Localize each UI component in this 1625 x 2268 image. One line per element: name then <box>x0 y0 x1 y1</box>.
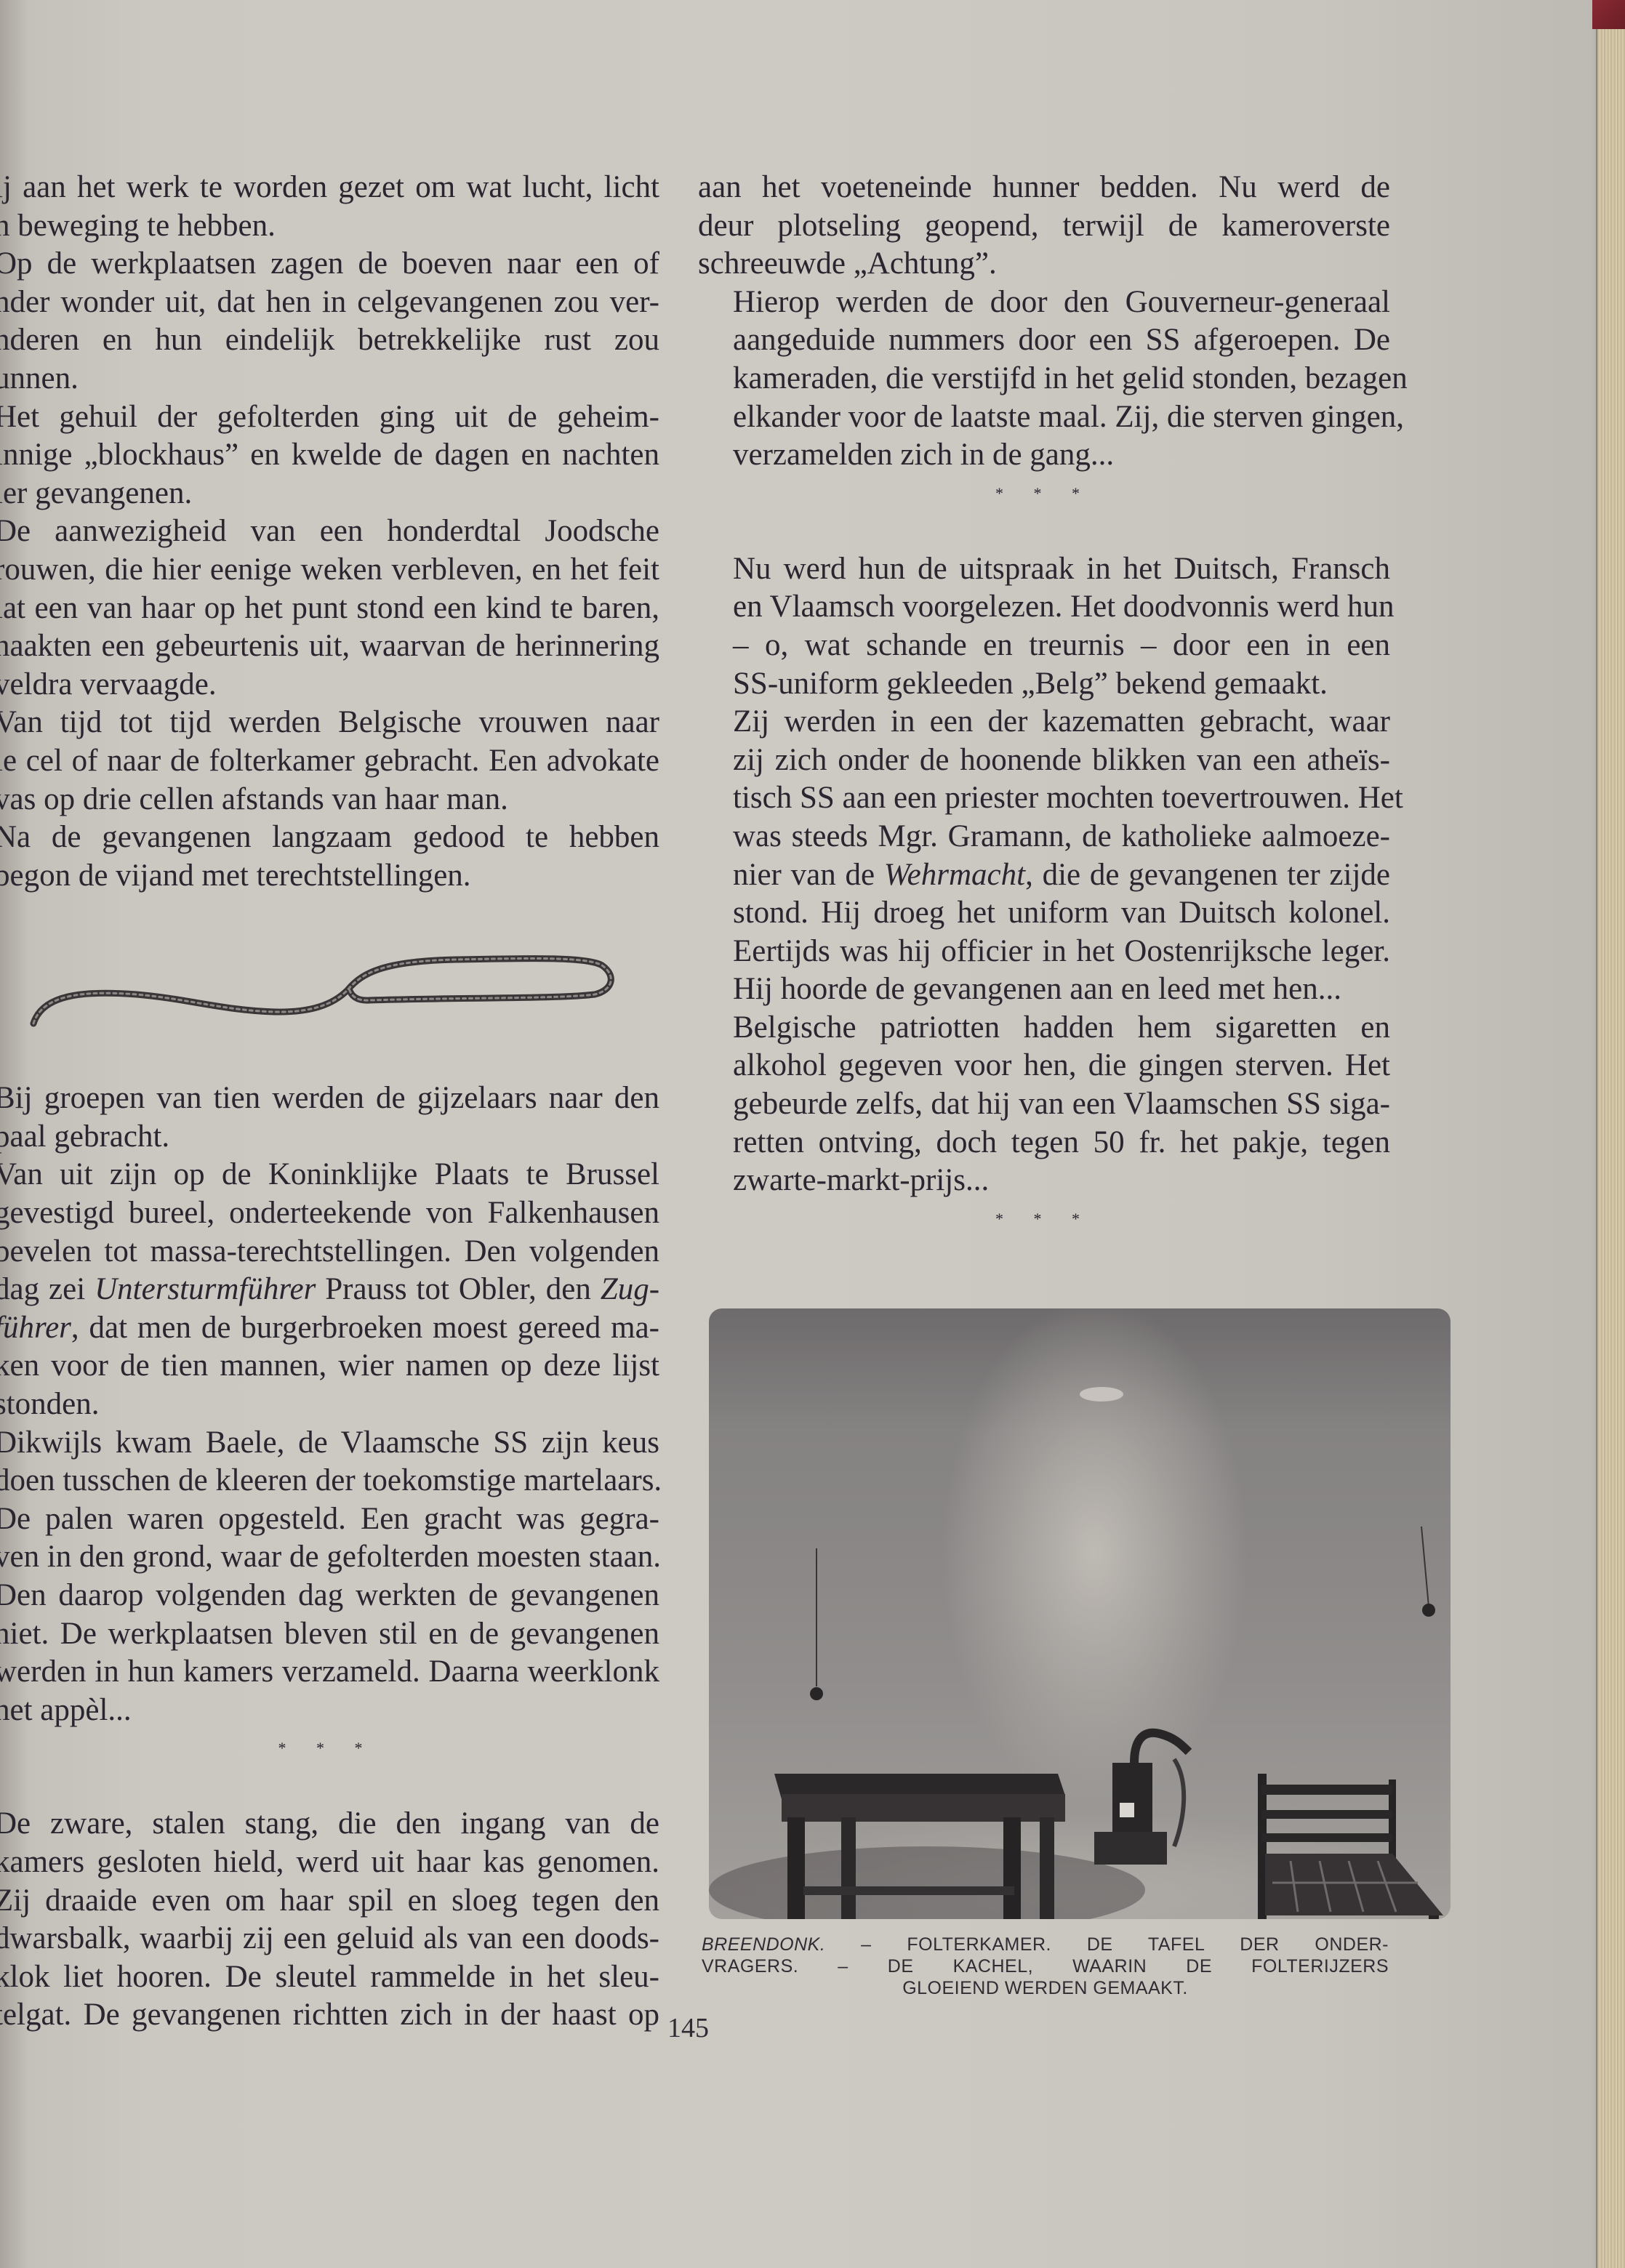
paragraph: Belgische patriotten hadden hem sigarett… <box>698 1009 1390 1200</box>
text-line: veldra vervaagde. <box>0 666 659 704</box>
text-line: schreeuwde „Achtung”. <box>698 245 1390 283</box>
text-line: kamers gesloten hield, werd uit haar kas… <box>0 1843 659 1882</box>
text-line: nder wonder uit, dat hen in celgevangene… <box>0 283 659 322</box>
paragraph: Zij werden in een der kazematten gebrach… <box>698 703 1390 1009</box>
text-run: , die de gevangenen ter zijde <box>1025 858 1390 892</box>
text-line: De aanwezigheid van een honderdtal Joods… <box>0 512 659 551</box>
paragraph: aan het voeteneinde hunner bedden. Nu we… <box>698 169 1390 283</box>
paragraph: Nu werd hun de uitspraak in het Duitsch,… <box>698 550 1390 703</box>
section-separator-stars: * * * <box>698 475 1390 512</box>
text-line: Na de gevangenen langzaam gedood te hebb… <box>0 819 659 857</box>
text-line: tisch SS aan een priester mochten toever… <box>698 779 1390 818</box>
text-line: Nu werd hun de uitspraak in het Duitsch,… <box>698 550 1390 589</box>
text-line: Hij hoorde de gevangenen aan en leed met… <box>698 970 1390 1009</box>
text-line: rouwen, die hier eenige weken verbleven,… <box>0 551 659 590</box>
text-line: werden in hun kamers verzameld. Daarna w… <box>0 1653 659 1692</box>
paragraph: De palen waren opgesteld. Een gracht was… <box>0 1500 659 1577</box>
text-line: De zware, stalen stang, die den ingang v… <box>0 1805 659 1843</box>
text-line: doen tusschen de kleeren der toekomstige… <box>0 1462 659 1500</box>
page-stack-edge <box>1596 0 1625 2268</box>
text-line: Van uit zijn op de Koninklijke Plaats te… <box>0 1156 659 1194</box>
caption-place: BREENDONK. <box>702 1934 825 1955</box>
paragraph: ij aan het werk te worden gezet om wat l… <box>0 169 659 245</box>
text-line: SS-uniform gekleeden „Belg” bekend gemaa… <box>698 665 1390 704</box>
text-line: unnen. <box>0 360 659 398</box>
text-line: en Vlaamsch voorgelezen. Het doodvonnis … <box>698 588 1390 627</box>
torture-chamber-illustration <box>709 1308 1451 1919</box>
paragraph: Hierop werden de door den Gouverneur-gen… <box>698 283 1390 475</box>
text-line: verzamelden zich in de gang... <box>698 436 1390 475</box>
text-line: telgat. De gevangenen richtten zich in d… <box>0 1996 659 2035</box>
text-line: Het gehuil der gefolterden ging uit de g… <box>0 398 659 437</box>
text-line: Zij werden in een der kazematten gebrach… <box>698 703 1390 741</box>
text-line: zij zich onder de hoonende blikken van e… <box>698 741 1390 780</box>
paragraph: De zware, stalen stang, die den ingang v… <box>0 1805 659 2035</box>
paragraph: Van tijd tot tijd werden Belgische vrouw… <box>0 704 659 819</box>
text-line: Op de werkplaatsen zagen de boeven naar … <box>0 245 659 283</box>
text-run: , dat men de burgerbroeken moest gereed … <box>71 1311 659 1345</box>
text-line: kameraden, die verstijfd in het gelid st… <box>698 360 1390 398</box>
text-line: niet. De werkplaatsen bleven stil en de … <box>0 1615 659 1654</box>
caption-text: – FOLTERKAMER. DE TAFEL DER ONDER- <box>825 1934 1389 1955</box>
paragraph: Op de werkplaatsen zagen de boeven naar … <box>0 245 659 398</box>
paragraph: Van uit zijn op de Koninklijke Plaats te… <box>0 1156 659 1423</box>
text-line: alkohol gegeven voor hen, die gingen ste… <box>698 1047 1390 1085</box>
text-line: Van tijd tot tijd werden Belgische vrouw… <box>0 704 659 742</box>
text-line: lat een van haar op het punt stond een k… <box>0 590 659 628</box>
text-line: het appèl... <box>0 1692 659 1730</box>
italic-term: Untersturmführer <box>95 1272 316 1306</box>
caption-line: GLOEIEND WERDEN GEMAAKT. <box>702 1977 1389 1999</box>
page-number: 145 <box>667 2012 709 2044</box>
text-line: ven in den grond, waar de gefolterden mo… <box>0 1538 659 1577</box>
text-line: gevestigd bureel, onderteekende von Falk… <box>0 1194 659 1233</box>
section-separator-stars: * * * <box>0 1729 659 1767</box>
iron-bar-ornament-icon <box>20 945 617 1032</box>
spacer <box>0 1767 659 1805</box>
italic-term: führer <box>0 1311 71 1345</box>
text-line: ij aan het werk te worden gezet om wat l… <box>0 169 659 207</box>
text-line: – o, wat schande en treurnis – door een … <box>698 627 1390 665</box>
spacer <box>698 512 1390 550</box>
text-line: n beweging te hebben. <box>0 207 659 246</box>
text-line: retten ontving, doch tegen 50 fr. het pa… <box>698 1124 1390 1162</box>
paragraph: Den daarop volgenden dag werkten de geva… <box>0 1577 659 1729</box>
text-line: vas op drie cellen afstands van haar man… <box>0 781 659 819</box>
right-text-column: aan het voeteneinde hunner bedden. Nu we… <box>698 169 1390 1238</box>
text-run: nier van de <box>733 858 884 892</box>
text-line: klok liet hooren. De sleutel rammelde in… <box>0 1958 659 1997</box>
text-line: Belgische patriotten hadden hem sigarett… <box>698 1009 1390 1047</box>
text-line: dag zei Untersturmführer Prauss tot Oble… <box>0 1271 659 1309</box>
paragraph: Na de gevangenen langzaam gedood te hebb… <box>0 819 659 895</box>
text-line: aan het voeteneinde hunner bedden. Nu we… <box>698 169 1390 207</box>
text-line: Zij draaide even om haar spil en sloeg t… <box>0 1882 659 1921</box>
text-line: innige „blockhaus” en kwelde de dagen en… <box>0 436 659 475</box>
paragraph: Het gehuil der gefolterden ging uit de g… <box>0 398 659 513</box>
text-line: stond. Hij droeg het uniform van Duitsch… <box>698 894 1390 933</box>
paragraph: De aanwezigheid van een honderdtal Joods… <box>0 512 659 704</box>
text-line: naakten een gebeurtenis uit, waarvan de … <box>0 627 659 666</box>
text-run: dag zei <box>0 1272 95 1306</box>
paragraph: Bij groepen van tien werden de gijzelaar… <box>0 1079 659 1156</box>
text-line: stonden. <box>0 1386 659 1424</box>
text-line: Bij groepen van tien werden de gijzelaar… <box>0 1079 659 1118</box>
text-line: Den daarop volgenden dag werkten de geva… <box>0 1577 659 1615</box>
caption-line: VRAGERS. – DE KACHEL, WAARIN DE FOLTERIJ… <box>702 1955 1389 1977</box>
text-line: ler gevangenen. <box>0 475 659 513</box>
text-line: nderen en hun eindelijk betrekkelijke ru… <box>0 321 659 360</box>
text-line: elkander voor de laatste maal. Zij, die … <box>698 398 1390 437</box>
text-line: nier van de Wehrmacht, die de gevangenen… <box>698 856 1390 895</box>
text-run: Prauss tot Obler, den <box>316 1272 600 1306</box>
text-line: gebeurde zelfs, dat hij van een Vlaamsch… <box>698 1085 1390 1124</box>
italic-term: Zug- <box>601 1272 659 1306</box>
text-line: was steeds Mgr. Gramann, de katholieke a… <box>698 818 1390 856</box>
book-cover-corner <box>1592 0 1625 29</box>
text-line: le cel of naar de folterkamer gebracht. … <box>0 742 659 781</box>
text-line: zwarte-markt-prijs... <box>698 1162 1390 1200</box>
italic-term: Wehrmacht <box>884 858 1025 892</box>
text-line: führer, dat men de burgerbroeken moest g… <box>0 1309 659 1348</box>
text-line: paal gebracht. <box>0 1118 659 1157</box>
chamber-drawing-icon <box>709 1308 1451 1919</box>
left-text-column: ij aan het werk te worden gezet om wat l… <box>0 169 659 2035</box>
text-line: Eertijds was hij officier in het Oostenr… <box>698 933 1390 971</box>
paragraph: Dikwijls kwam Baele, de Vlaamsche SS zij… <box>0 1424 659 1500</box>
text-line: begon de vijand met terechtstellingen. <box>0 857 659 896</box>
text-line: bevelen tot massa-terechtstellingen. Den… <box>0 1233 659 1271</box>
illustration-caption: BREENDONK. – FOLTERKAMER. DE TAFEL DER O… <box>702 1934 1389 1999</box>
text-line: deur plotseling geopend, terwijl de kame… <box>698 207 1390 246</box>
text-line: ken voor de tien mannen, wier namen op d… <box>0 1347 659 1386</box>
section-separator-stars: * * * <box>698 1200 1390 1238</box>
text-line: aangeduide nummers door een SS afgeroepe… <box>698 321 1390 360</box>
text-line: De palen waren opgesteld. Een gracht was… <box>0 1500 659 1539</box>
text-line: Hierop werden de door den Gouverneur-gen… <box>698 283 1390 322</box>
text-line: Dikwijls kwam Baele, de Vlaamsche SS zij… <box>0 1424 659 1463</box>
text-line: dwarsbalk, waarbij zij een geluid als va… <box>0 1920 659 1958</box>
caption-line: BREENDONK. – FOLTERKAMER. DE TAFEL DER O… <box>702 1934 1389 1955</box>
